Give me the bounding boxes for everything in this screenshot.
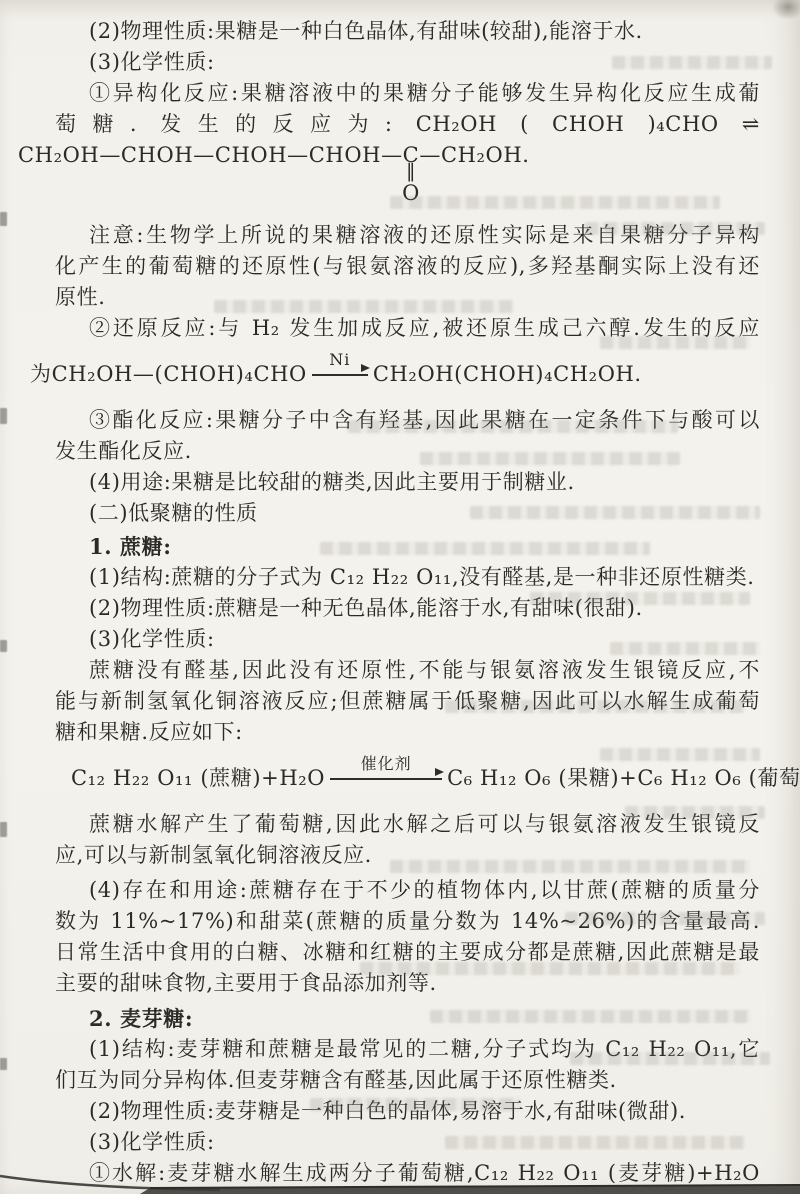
bleedthrough-smudge bbox=[585, 222, 765, 235]
equation-reactants: 为CH₂OH—(CHOH)₄CHO bbox=[30, 362, 307, 386]
bleedthrough-smudge bbox=[390, 196, 720, 209]
bleedthrough-smudge bbox=[600, 336, 750, 349]
gutter-ink-speck bbox=[0, 640, 7, 652]
line-sucrose-no-aldehyde-1: 蔗糖没有醛基,因此没有还原性,不能与银氨溶液发生银镜反应,不 bbox=[55, 655, 760, 686]
bleedthrough-smudge bbox=[570, 1052, 770, 1065]
bleedthrough-smudge bbox=[420, 452, 680, 465]
fructose-reduction-equation: 为CH₂OH—(CHOH)₄CHONiCH₂OH(CHOH)₄CH₂OH. bbox=[30, 344, 760, 405]
equation-reactants: C₁₂ H₂₂ O₁₁ (蔗糖)+H₂O bbox=[71, 766, 325, 790]
gutter-ink-speck bbox=[0, 1058, 7, 1070]
bleedthrough-smudge bbox=[565, 912, 765, 925]
line-maltose-structure-2: 们互为同分异构体.但麦芽糖含有醛基,因此属于还原性糖类. bbox=[55, 1065, 760, 1096]
bleedthrough-smudge bbox=[360, 962, 740, 975]
bleedthrough-smudge bbox=[445, 1136, 745, 1149]
line-sucrose-structure: (1)结构:蔗糖的分子式为 C₁₂ H₂₂ O₁₁,没有醛基,是一种非还原性糖类… bbox=[55, 562, 760, 593]
bleedthrough-smudge bbox=[625, 806, 765, 819]
structure-before-carbonyl: CH₂OH—CHOH—CHOH—CHOH— bbox=[18, 143, 403, 167]
equation-products: C₆ H₁₂ O₆ (果糖)+C₆ H₁₂ O₆ (葡萄糖) bbox=[447, 766, 800, 790]
bleedthrough-smudge bbox=[530, 592, 750, 605]
line-note-2: 化产生的葡萄糖的还原性(与银氨溶液的反应),多羟基酮实际上没有还 bbox=[55, 251, 760, 282]
gutter-ink-speck bbox=[0, 212, 7, 226]
bleedthrough-smudge bbox=[320, 542, 650, 555]
bleedthrough-smudge bbox=[390, 860, 750, 873]
bleedthrough-smudge bbox=[214, 300, 514, 313]
reaction-arrow-ni: Ni bbox=[312, 366, 368, 376]
bleedthrough-smudge bbox=[610, 642, 760, 655]
gutter-ink-speck bbox=[0, 408, 7, 424]
bleedthrough-smudge bbox=[612, 56, 772, 69]
scanned-textbook-page: (2)物理性质:果糖是一种白色晶体,有甜味(较甜),能溶于水. (3)化学性质:… bbox=[0, 0, 800, 1194]
line-sucrose-occurrence-1: (4)存在和用途:蔗糖存在于不少的植物体内,以甘蔗(蔗糖的质量分 bbox=[55, 875, 760, 906]
line-sucrose-no-aldehyde-3: 糖和果糖.反应如下: bbox=[55, 717, 760, 748]
gutter-ink-speck bbox=[0, 822, 7, 837]
reaction-arrow-catalyst: 催化剂 bbox=[330, 770, 442, 780]
structure-after-carbonyl: —CH₂OH. bbox=[419, 143, 529, 167]
bleedthrough-smudge bbox=[600, 748, 760, 761]
page-bottom-edge bbox=[0, 1154, 800, 1194]
line-isomerization-formula: 萄糖. 发生的反应为: CH₂OH ( CHOH )₄CHO ⇌ bbox=[55, 109, 760, 140]
line-fructose-physical-properties: (2)物理性质:果糖是一种白色晶体,有甜味(较甜),能溶于水. bbox=[55, 16, 760, 47]
bleedthrough-smudge bbox=[430, 1010, 750, 1023]
catalyst-label: 催化剂 bbox=[361, 756, 412, 772]
bleedthrough-smudge bbox=[470, 506, 760, 519]
double-bond-glyph: ‖ bbox=[406, 161, 416, 181]
line-isomerization-1: ①异构化反应:果糖溶液中的果糖分子能够发生异构化反应生成葡 bbox=[55, 78, 760, 109]
catalyst-label: Ni bbox=[329, 352, 350, 368]
equation-products: CH₂OH(CHOH)₄CH₂OH. bbox=[373, 362, 642, 386]
bleedthrough-smudge bbox=[445, 700, 745, 713]
carbonyl-carbon: C‖O bbox=[403, 140, 420, 171]
line-fructose-uses: (4)用途:果糖是比较甜的糖类,因此主要用于制糖业. bbox=[55, 467, 760, 498]
bleedthrough-smudge bbox=[348, 420, 678, 433]
bleedthrough-smudge bbox=[310, 1098, 520, 1111]
